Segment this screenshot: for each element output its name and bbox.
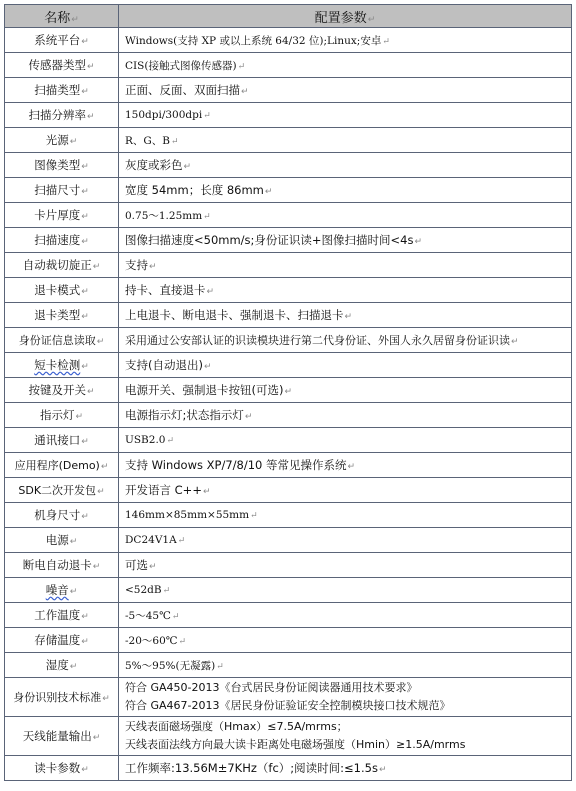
row-name: 身份识别技术标准↵ bbox=[5, 678, 119, 717]
row-name-text: 退卡类型 bbox=[34, 308, 80, 322]
row-value-text: 灰度或彩色 bbox=[125, 158, 183, 172]
row-value-text: 5%～95%(无凝露) bbox=[125, 660, 215, 672]
paragraph-mark-icon: ↵ bbox=[203, 111, 211, 121]
paragraph-mark-icon: ↵ bbox=[81, 162, 89, 172]
row-name-text: 卡片厚度 bbox=[34, 208, 80, 222]
paragraph-mark-icon: ↵ bbox=[81, 287, 89, 297]
row-value: 可选↵ bbox=[119, 553, 572, 578]
table-row: 身份识别技术标准↵符合 GA450-2013《台式居民身份证阅读器通用技术要求》… bbox=[5, 678, 572, 717]
paragraph-mark-icon: ↵ bbox=[163, 586, 171, 596]
row-value: 图像扫描速度<50mm/s;身份证识读+图像扫描时间<4s↵ bbox=[119, 228, 572, 253]
table-row: 身份证信息读取↵采用通过公安部认证的识读模块进行第二代身份证、外国人永久居留身份… bbox=[5, 328, 572, 353]
row-name-text: 断电自动退卡 bbox=[23, 558, 92, 572]
row-value: <52dB↵ bbox=[119, 578, 572, 603]
row-name: 电源↵ bbox=[5, 528, 119, 553]
row-name: 扫描尺寸↵ bbox=[5, 178, 119, 203]
row-name-text: 存储温度 bbox=[34, 633, 80, 647]
paragraph-mark-icon: ↵ bbox=[81, 187, 89, 197]
row-value-text: USB2.0 bbox=[125, 434, 165, 446]
paragraph-mark-icon: ↵ bbox=[216, 662, 224, 672]
paragraph-mark-icon: ↵ bbox=[348, 462, 356, 472]
paragraph-mark-icon: ↵ bbox=[70, 537, 78, 547]
paragraph-mark-icon: ↵ bbox=[97, 337, 105, 347]
paragraph-mark-icon: ↵ bbox=[149, 262, 157, 272]
row-value-text: 0.75～1.25mm bbox=[125, 210, 202, 222]
row-value: 支持 Windows XP/7/8/10 等常见操作系统↵ bbox=[119, 453, 572, 478]
paragraph-mark-icon: ↵ bbox=[81, 212, 89, 222]
row-value: 上电退卡、断电退卡、强制退卡、扫描退卡↵ bbox=[119, 303, 572, 328]
row-value: 电源指示灯;状态指示灯↵ bbox=[119, 403, 572, 428]
paragraph-mark-icon: ↵ bbox=[345, 312, 353, 322]
table-row: 图像类型↵灰度或彩色↵ bbox=[5, 153, 572, 178]
table-row: 存储温度↵-20～60℃↵ bbox=[5, 628, 572, 653]
row-name-text: 身份识别技术标准 bbox=[13, 691, 101, 704]
table-row: 读卡参数↵工作频率:13.56M±7KHz（fc）;阅读时间:≤1.5s↵ bbox=[5, 756, 572, 781]
row-name: 短卡检测↵ bbox=[5, 353, 119, 378]
row-value-text: 150dpi/300dpi bbox=[125, 109, 202, 121]
row-name: 卡片厚度↵ bbox=[5, 203, 119, 228]
row-name: 通讯接口↵ bbox=[5, 428, 119, 453]
paragraph-mark-icon: ↵ bbox=[245, 412, 253, 422]
header-value-text: 配置参数 bbox=[315, 11, 367, 26]
row-name: 身份证信息读取↵ bbox=[5, 328, 119, 353]
table-row: 噪音↵<52dB↵ bbox=[5, 578, 572, 603]
paragraph-mark-icon: ↵ bbox=[81, 637, 89, 647]
row-name-text: 退卡模式 bbox=[34, 283, 80, 297]
paragraph-mark-icon: ↵ bbox=[70, 137, 78, 147]
header-name: 名称↵ bbox=[5, 5, 119, 28]
paragraph-mark-icon: ↵ bbox=[71, 15, 79, 25]
table-row: 卡片厚度↵0.75～1.25mm↵ bbox=[5, 203, 572, 228]
paragraph-mark-icon: ↵ bbox=[70, 587, 78, 597]
paragraph-mark-icon: ↵ bbox=[204, 362, 212, 372]
paragraph-mark-icon: ↵ bbox=[415, 237, 423, 247]
row-name-text: 机身尺寸 bbox=[34, 508, 80, 522]
row-value: 持卡、直接退卡↵ bbox=[119, 278, 572, 303]
row-name: 扫描速度↵ bbox=[5, 228, 119, 253]
paragraph-mark-icon: ↵ bbox=[178, 536, 186, 546]
row-value-line: 天线表面磁场强度（Hmax）≤7.5A/mrms； bbox=[125, 718, 571, 736]
paragraph-mark-icon: ↵ bbox=[75, 412, 83, 422]
row-value: 5%～95%(无凝露)↵ bbox=[119, 653, 572, 678]
row-name-text: 图像类型 bbox=[34, 158, 80, 172]
header-value: 配置参数↵ bbox=[119, 5, 572, 28]
row-value-text: CIS(接触式图像传感器) bbox=[125, 60, 237, 72]
table-row: 湿度↵5%～95%(无凝露)↵ bbox=[5, 653, 572, 678]
row-name-text: 身份证信息读取 bbox=[19, 334, 96, 347]
row-value: 146mm×85mm×55mm↵ bbox=[119, 503, 572, 528]
row-value: 灰度或彩色↵ bbox=[119, 153, 572, 178]
paragraph-mark-icon: ↵ bbox=[179, 637, 187, 647]
row-value-text: 支持(自动退出) bbox=[125, 358, 203, 372]
paragraph-mark-icon: ↵ bbox=[184, 162, 192, 172]
row-name: 自动裁切旋正↵ bbox=[5, 253, 119, 278]
row-name: 天线能量输出↵ bbox=[5, 717, 119, 756]
row-name: 断电自动退卡↵ bbox=[5, 553, 119, 578]
row-value: 采用通过公安部认证的识读模块进行第二代身份证、外国人永久居留身份证识读↵ bbox=[119, 328, 572, 353]
row-name-text: 按键及开关 bbox=[28, 383, 86, 397]
paragraph-mark-icon: ↵ bbox=[93, 733, 101, 743]
table-row: 扫描速度↵图像扫描速度<50mm/s;身份证识读+图像扫描时间<4s↵ bbox=[5, 228, 572, 253]
row-name-text: 扫描类型 bbox=[34, 83, 80, 97]
table-row: 自动裁切旋正↵支持↵ bbox=[5, 253, 572, 278]
row-name: 传感器类型↵ bbox=[5, 53, 119, 78]
table-row: 天线能量输出↵天线表面磁场强度（Hmax）≤7.5A/mrms；天线表面法线方向… bbox=[5, 717, 572, 756]
row-name: 扫描类型↵ bbox=[5, 78, 119, 103]
table-row: 扫描分辨率↵150dpi/300dpi↵ bbox=[5, 103, 572, 128]
paragraph-mark-icon: ↵ bbox=[87, 62, 95, 72]
row-value-text: 采用通过公安部认证的识读模块进行第二代身份证、外国人永久居留身份证识读 bbox=[125, 334, 510, 347]
paragraph-mark-icon: ↵ bbox=[81, 37, 89, 47]
row-value: 支持↵ bbox=[119, 253, 572, 278]
paragraph-mark-icon: ↵ bbox=[166, 436, 174, 446]
row-name-text: 工作温度 bbox=[34, 608, 80, 622]
paragraph-mark-icon: ↵ bbox=[238, 62, 246, 72]
row-name-text: 电源 bbox=[46, 533, 69, 547]
row-value: 宽度 54mm；长度 86mm↵ bbox=[119, 178, 572, 203]
row-name-text: 应用程序(Demo) bbox=[15, 459, 100, 472]
row-value-text: 开发语言 C++ bbox=[125, 483, 202, 497]
row-name: 噪音↵ bbox=[5, 578, 119, 603]
paragraph-mark-icon: ↵ bbox=[203, 212, 211, 222]
row-value: -5～45℃↵ bbox=[119, 603, 572, 628]
table-row: 机身尺寸↵146mm×85mm×55mm↵ bbox=[5, 503, 572, 528]
row-name-text: 天线能量输出 bbox=[23, 729, 92, 743]
row-name: 图像类型↵ bbox=[5, 153, 119, 178]
row-value: 电源开关、强制退卡按钮(可选)↵ bbox=[119, 378, 572, 403]
row-value-text: 宽度 54mm；长度 86mm bbox=[125, 183, 264, 197]
row-name: 按键及开关↵ bbox=[5, 378, 119, 403]
paragraph-mark-icon: ↵ bbox=[207, 287, 215, 297]
table-row: 指示灯↵电源指示灯;状态指示灯↵ bbox=[5, 403, 572, 428]
row-value: Windows(支持 XP 或以上系统 64/32 位);Linux;安卓↵ bbox=[119, 28, 572, 53]
table-row: 退卡类型↵上电退卡、断电退卡、强制退卡、扫描退卡↵ bbox=[5, 303, 572, 328]
row-value-text: 上电退卡、断电退卡、强制退卡、扫描退卡 bbox=[125, 308, 344, 322]
row-value: R、G、B↵ bbox=[119, 128, 572, 153]
row-name-text: 湿度 bbox=[46, 658, 69, 672]
row-name: 湿度↵ bbox=[5, 653, 119, 678]
row-name: 扫描分辨率↵ bbox=[5, 103, 119, 128]
row-value: 符合 GA450-2013《台式居民身份证阅读器通用技术要求》符合 GA467-… bbox=[119, 678, 572, 717]
row-value-text: 可选 bbox=[125, 558, 148, 572]
table-row: 传感器类型↵CIS(接触式图像传感器)↵ bbox=[5, 53, 572, 78]
table-row: 扫描尺寸↵宽度 54mm；长度 86mm↵ bbox=[5, 178, 572, 203]
row-value-text: 电源指示灯;状态指示灯 bbox=[125, 408, 244, 422]
paragraph-mark-icon: ↵ bbox=[171, 137, 179, 147]
paragraph-mark-icon: ↵ bbox=[368, 15, 376, 25]
row-value-text: 支持 Windows XP/7/8/10 等常见操作系统 bbox=[125, 458, 347, 472]
row-name-text: 读卡参数 bbox=[34, 761, 80, 775]
table-row: 电源↵DC24V1A↵ bbox=[5, 528, 572, 553]
paragraph-mark-icon: ↵ bbox=[250, 511, 258, 521]
row-name: 存储温度↵ bbox=[5, 628, 119, 653]
row-value-line: 符合 GA467-2013《居民身份证验证安全控制模块接口技术规范》 bbox=[125, 697, 571, 715]
row-value-text: Windows(支持 XP 或以上系统 64/32 位);Linux;安卓 bbox=[125, 35, 381, 47]
row-name-text: 系统平台 bbox=[34, 33, 80, 47]
paragraph-mark-icon: ↵ bbox=[81, 312, 89, 322]
table-row: 退卡模式↵持卡、直接退卡↵ bbox=[5, 278, 572, 303]
paragraph-mark-icon: ↵ bbox=[93, 562, 101, 572]
row-value-line: 天线表面法线方向最大读卡距离处电磁场强度（Hmin）≥1.5A/mrms bbox=[125, 736, 571, 754]
row-value-text: 146mm×85mm×55mm bbox=[125, 509, 249, 521]
row-value-text: 支持 bbox=[125, 258, 148, 272]
paragraph-mark-icon: ↵ bbox=[101, 462, 109, 472]
row-value-text: 电源开关、强制退卡按钮(可选) bbox=[125, 383, 283, 397]
paragraph-mark-icon: ↵ bbox=[81, 237, 89, 247]
paragraph-mark-icon: ↵ bbox=[265, 187, 273, 197]
table-row: 通讯接口↵USB2.0↵ bbox=[5, 428, 572, 453]
paragraph-mark-icon: ↵ bbox=[382, 37, 390, 47]
row-value: USB2.0↵ bbox=[119, 428, 572, 453]
row-name: 应用程序(Demo)↵ bbox=[5, 453, 119, 478]
row-name-text: SDK二次开发包 bbox=[18, 484, 96, 497]
table-row: 短卡检测↵支持(自动退出)↵ bbox=[5, 353, 572, 378]
row-value: 支持(自动退出)↵ bbox=[119, 353, 572, 378]
row-value-line: 符合 GA450-2013《台式居民身份证阅读器通用技术要求》 bbox=[125, 679, 571, 697]
row-value-text: R、G、B bbox=[125, 135, 170, 147]
paragraph-mark-icon: ↵ bbox=[93, 262, 101, 272]
table-row: 应用程序(Demo)↵支持 Windows XP/7/8/10 等常见操作系统↵ bbox=[5, 453, 572, 478]
paragraph-mark-icon: ↵ bbox=[203, 487, 211, 497]
row-name-text: 光源 bbox=[46, 133, 69, 147]
row-value: DC24V1A↵ bbox=[119, 528, 572, 553]
spec-table: 名称↵ 配置参数↵ 系统平台↵Windows(支持 XP 或以上系统 64/32… bbox=[4, 4, 572, 781]
paragraph-mark-icon: ↵ bbox=[149, 562, 157, 572]
table-row: 系统平台↵Windows(支持 XP 或以上系统 64/32 位);Linux;… bbox=[5, 28, 572, 53]
paragraph-mark-icon: ↵ bbox=[81, 765, 89, 775]
row-value-text: -5～45℃ bbox=[125, 610, 171, 622]
row-name: 指示灯↵ bbox=[5, 403, 119, 428]
table-row: 光源↵R、G、B↵ bbox=[5, 128, 572, 153]
row-name: 工作温度↵ bbox=[5, 603, 119, 628]
row-name-text: 指示灯 bbox=[40, 408, 75, 422]
paragraph-mark-icon: ↵ bbox=[81, 437, 89, 447]
row-value-text: DC24V1A bbox=[125, 534, 177, 546]
paragraph-mark-icon: ↵ bbox=[87, 112, 95, 122]
row-value: 150dpi/300dpi↵ bbox=[119, 103, 572, 128]
paragraph-mark-icon: ↵ bbox=[172, 612, 180, 622]
row-value: 工作频率:13.56M±7KHz（fc）;阅读时间:≤1.5s↵ bbox=[119, 756, 572, 781]
row-name-text: 扫描尺寸 bbox=[34, 183, 80, 197]
row-value-text: <52dB bbox=[125, 584, 162, 596]
table-row: SDK二次开发包↵开发语言 C++↵ bbox=[5, 478, 572, 503]
row-value-text: -20～60℃ bbox=[125, 635, 178, 647]
paragraph-mark-icon: ↵ bbox=[97, 487, 105, 497]
row-value-text: 工作频率:13.56M±7KHz（fc）;阅读时间:≤1.5s bbox=[125, 761, 378, 775]
row-name-text: 通讯接口 bbox=[34, 433, 80, 447]
paragraph-mark-icon: ↵ bbox=[284, 387, 292, 397]
row-name-text: 扫描速度 bbox=[34, 233, 80, 247]
row-name-text: 传感器类型 bbox=[28, 58, 86, 72]
paragraph-mark-icon: ↵ bbox=[81, 362, 89, 372]
row-name-text: 自动裁切旋正 bbox=[23, 258, 92, 272]
row-value: 0.75～1.25mm↵ bbox=[119, 203, 572, 228]
table-row: 断电自动退卡↵可选↵ bbox=[5, 553, 572, 578]
row-value: 正面、反面、双面扫描↵ bbox=[119, 78, 572, 103]
paragraph-mark-icon: ↵ bbox=[87, 387, 95, 397]
row-value-text: 图像扫描速度<50mm/s;身份证识读+图像扫描时间<4s bbox=[125, 233, 414, 247]
row-value: -20～60℃↵ bbox=[119, 628, 572, 653]
paragraph-mark-icon: ↵ bbox=[379, 765, 387, 775]
row-name: 退卡模式↵ bbox=[5, 278, 119, 303]
row-name: 光源↵ bbox=[5, 128, 119, 153]
paragraph-mark-icon: ↵ bbox=[511, 337, 519, 347]
paragraph-mark-icon: ↵ bbox=[102, 694, 110, 704]
header-row: 名称↵ 配置参数↵ bbox=[5, 5, 572, 28]
row-value-text: 持卡、直接退卡 bbox=[125, 283, 206, 297]
row-name-text: 扫描分辨率 bbox=[28, 108, 86, 122]
paragraph-mark-icon: ↵ bbox=[81, 512, 89, 522]
row-name: 系统平台↵ bbox=[5, 28, 119, 53]
row-value-text: 正面、反面、双面扫描 bbox=[125, 83, 240, 97]
row-name-text: 短卡检测 bbox=[34, 358, 80, 372]
row-name: 读卡参数↵ bbox=[5, 756, 119, 781]
paragraph-mark-icon: ↵ bbox=[81, 87, 89, 97]
paragraph-mark-icon: ↵ bbox=[70, 662, 78, 672]
row-value: 开发语言 C++↵ bbox=[119, 478, 572, 503]
header-name-text: 名称 bbox=[44, 11, 70, 26]
table-row: 工作温度↵-5～45℃↵ bbox=[5, 603, 572, 628]
table-row: 扫描类型↵正面、反面、双面扫描↵ bbox=[5, 78, 572, 103]
row-value: 天线表面磁场强度（Hmax）≤7.5A/mrms；天线表面法线方向最大读卡距离处… bbox=[119, 717, 572, 756]
table-row: 按键及开关↵电源开关、强制退卡按钮(可选)↵ bbox=[5, 378, 572, 403]
row-name: 机身尺寸↵ bbox=[5, 503, 119, 528]
row-name: 退卡类型↵ bbox=[5, 303, 119, 328]
row-name: SDK二次开发包↵ bbox=[5, 478, 119, 503]
row-name-text: 噪音 bbox=[46, 583, 69, 597]
paragraph-mark-icon: ↵ bbox=[81, 612, 89, 622]
row-value: CIS(接触式图像传感器)↵ bbox=[119, 53, 572, 78]
paragraph-mark-icon: ↵ bbox=[241, 87, 249, 97]
